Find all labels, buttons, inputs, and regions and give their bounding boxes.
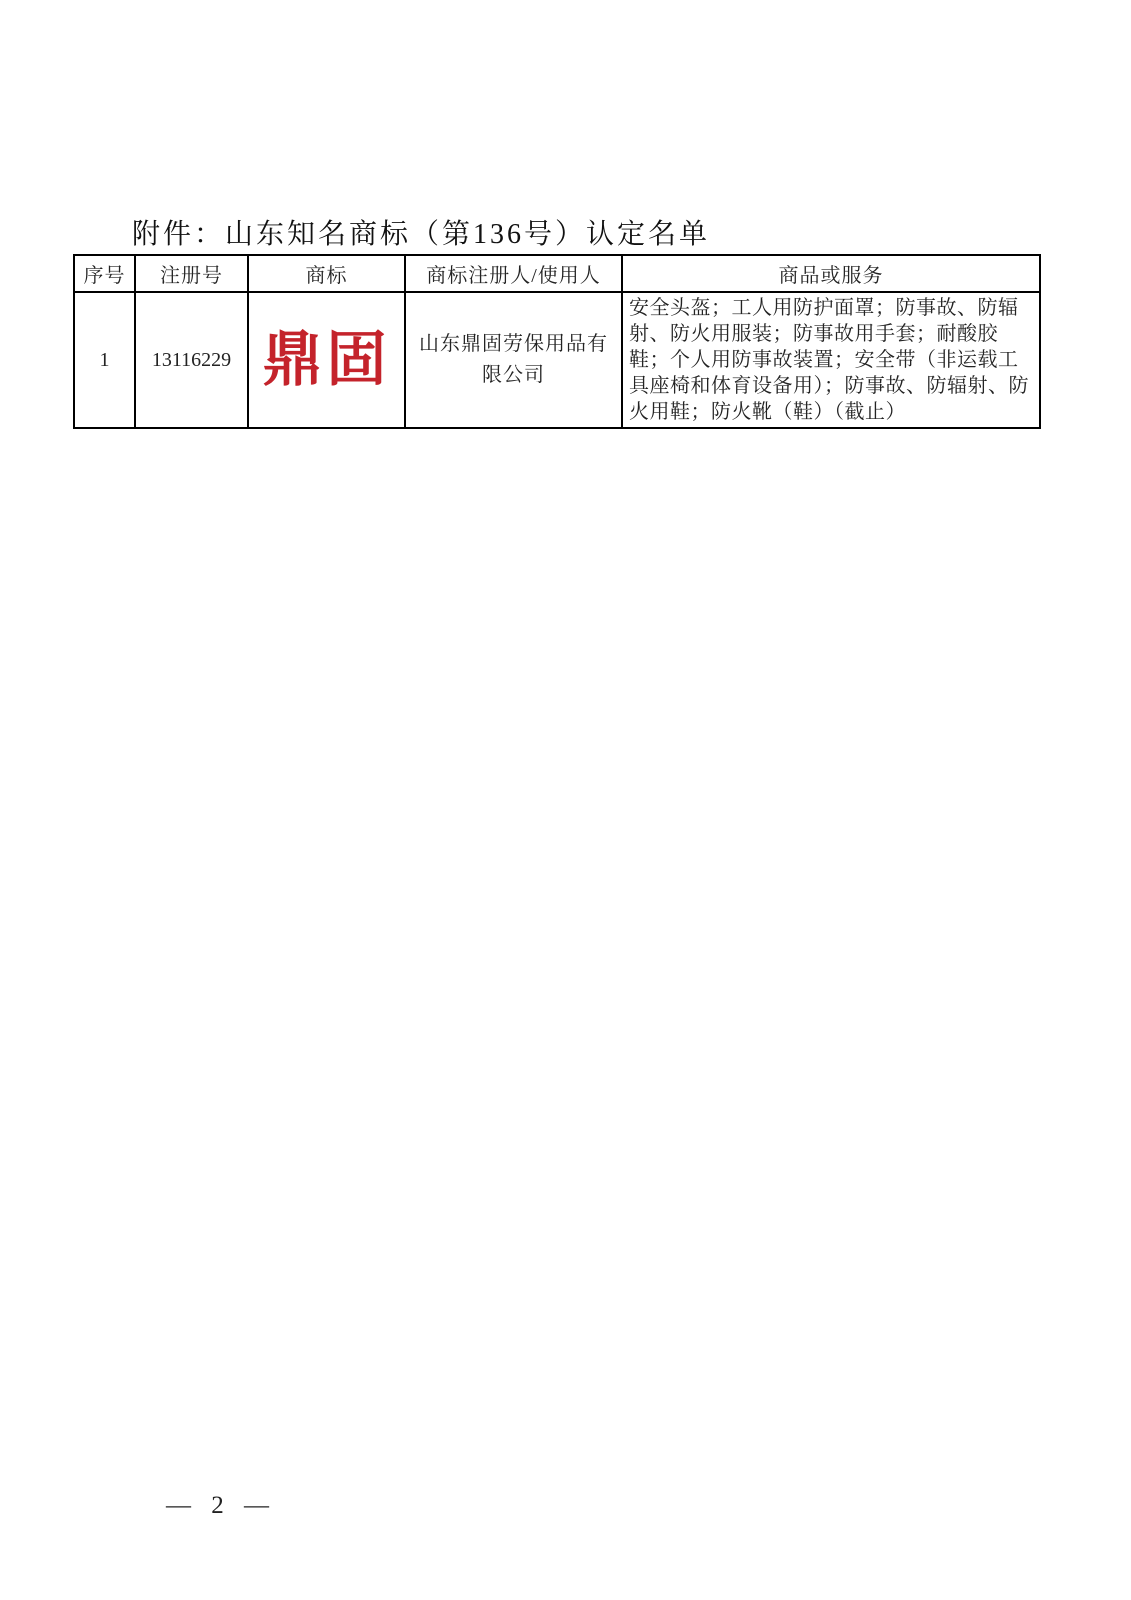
header-goods-services: 商品或服务 [622,255,1040,292]
page-number: — 2 — [166,1492,276,1520]
header-registration-number: 注册号 [135,255,248,292]
cell-index: 1 [74,292,135,428]
page-title: 附件：山东知名商标（第136号）认定名单 [132,212,710,252]
table-header-row: 序号 注册号 商标 商标注册人/使用人 商品或服务 [74,255,1040,292]
trademark-logo: 鼎固 [263,327,391,393]
header-registrant: 商标注册人/使用人 [405,255,622,292]
cell-trademark: 鼎固 [248,292,405,428]
trademark-table: 序号 注册号 商标 商标注册人/使用人 商品或服务 1 13116229 鼎固 … [73,254,1041,429]
cell-registrant: 山东鼎固劳保用品有限公司 [405,292,622,428]
table-row: 1 13116229 鼎固 山东鼎固劳保用品有限公司 安全头盔；工人用防护面罩；… [74,292,1040,428]
header-index: 序号 [74,255,135,292]
header-trademark: 商标 [248,255,405,292]
cell-goods-services: 安全头盔；工人用防护面罩；防事故、防辐射、防火用服装；防事故用手套；耐酸胶鞋；个… [622,292,1040,428]
cell-registration-number: 13116229 [135,292,248,428]
